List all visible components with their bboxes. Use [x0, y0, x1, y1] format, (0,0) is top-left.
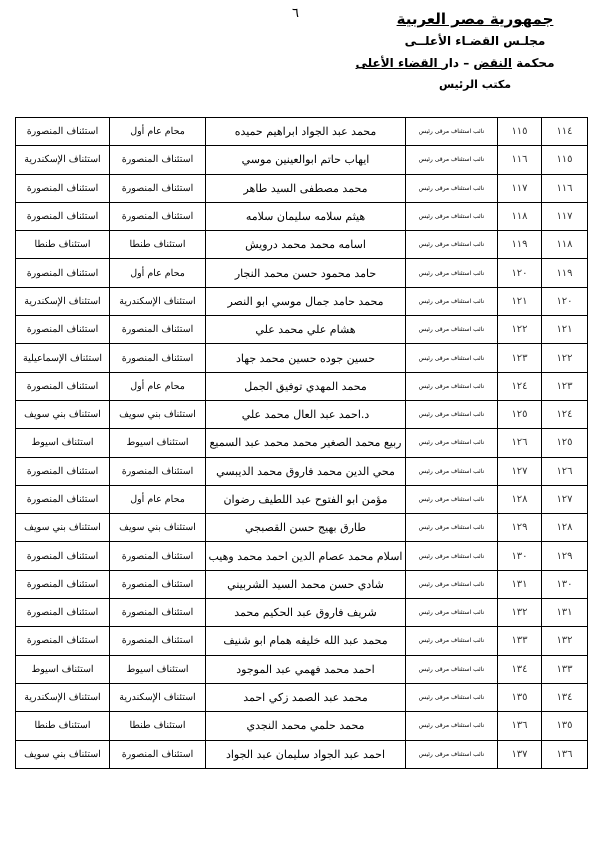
table-row: ١٢٨١٢٩نائب استئناف مرقى رئيسطارق بهيج حس… [16, 514, 588, 542]
cell-seq: ١٣٠ [542, 570, 588, 598]
cell-court: استئناف المنصورة [16, 542, 110, 570]
cell-grade: نائب استئناف مرقى رئيس [406, 740, 498, 768]
cell-num: ١٢٣ [498, 344, 542, 372]
table-row: ١١٩١٢٠نائب استئناف مرقى رئيسحامد محمود ح… [16, 259, 588, 287]
cell-name: حسين جوده حسين محمد جهاد [206, 344, 406, 372]
cell-seq: ١١٥ [542, 146, 588, 174]
cell-court: استئناف اسيوط [16, 655, 110, 683]
header-country: جمهورية مصر العربية [385, 8, 565, 30]
cell-num: ١٣٢ [498, 599, 542, 627]
cell-name: ربيع محمد الصغير محمد محمد عبد السميع [206, 429, 406, 457]
cell-job: محام عام أول [110, 118, 206, 146]
cell-grade: نائب استئناف مرقى رئيس [406, 599, 498, 627]
cell-seq: ١٢٠ [542, 287, 588, 315]
header-council: مجلـس القضـاء الأعلــى [385, 30, 565, 52]
cell-court: استئناف الإسكندرية [16, 683, 110, 711]
cell-name: شادي حسن محمد السيد الشربيني [206, 570, 406, 598]
cell-job: استئناف المنصورة [110, 146, 206, 174]
cell-court: استئناف بني سويف [16, 514, 110, 542]
cell-grade: نائب استئناف مرقى رئيس [406, 118, 498, 146]
cell-seq: ١١٨ [542, 231, 588, 259]
table-row: ١٢٧١٢٨نائب استئناف مرقى رئيسمؤمن ابو الف… [16, 485, 588, 513]
cell-num: ١٢٠ [498, 259, 542, 287]
cell-num: ١١٧ [498, 174, 542, 202]
table-row: ١٣٠١٣١نائب استئناف مرقى رئيسشادي حسن محم… [16, 570, 588, 598]
table-row: ١٣٤١٣٥نائب استئناف مرقى رئيسمحمد عبد الص… [16, 683, 588, 711]
cell-num: ١٢٦ [498, 429, 542, 457]
cell-job: محام عام أول [110, 485, 206, 513]
cell-num: ١٣٥ [498, 683, 542, 711]
cell-seq: ١٢٨ [542, 514, 588, 542]
cell-num: ١٢٩ [498, 514, 542, 542]
cell-job: استئناف المنصورة [110, 202, 206, 230]
cell-job: استئناف المنصورة [110, 570, 206, 598]
cell-num: ١١٥ [498, 118, 542, 146]
header-court: محكمة النقض – دار القضاء الأعلى [345, 52, 565, 74]
cell-job: استئناف المنصورة [110, 174, 206, 202]
cell-seq: ١٢٦ [542, 457, 588, 485]
cell-job: استئناف اسيوط [110, 429, 206, 457]
cell-court: استئناف طنطا [16, 231, 110, 259]
table-row: ١٢٤١٢٥نائب استئناف مرقى رئيسد.احمد عبد ا… [16, 400, 588, 428]
cell-court: استئناف المنصورة [16, 485, 110, 513]
cell-court: استئناف بني سويف [16, 740, 110, 768]
cell-job: استئناف بني سويف [110, 514, 206, 542]
cell-grade: نائب استئناف مرقى رئيس [406, 542, 498, 570]
cell-job: استئناف المنصورة [110, 457, 206, 485]
header-court-dar: القضاء الأعلى [355, 56, 441, 70]
table-row: ١٣٣١٣٤نائب استئناف مرقى رئيساحمد محمد فه… [16, 655, 588, 683]
cell-num: ١٢٨ [498, 485, 542, 513]
cell-job: استئناف المنصورة [110, 740, 206, 768]
cell-num: ١٣٦ [498, 712, 542, 740]
cell-num: ١١٨ [498, 202, 542, 230]
cell-name: د.احمد عبد العال محمد علي [206, 400, 406, 428]
cell-court: استئناف المنصورة [16, 627, 110, 655]
cell-name: اسلام محمد عصام الدين احمد محمد وهيب [206, 542, 406, 570]
cell-seq: ١٣٤ [542, 683, 588, 711]
cell-grade: نائب استئناف مرقى رئيس [406, 457, 498, 485]
cell-seq: ١١٦ [542, 174, 588, 202]
cell-name: محمد مصطفى السيد طاهر [206, 174, 406, 202]
cell-court: استئناف المنصورة [16, 202, 110, 230]
cell-court: استئناف المنصورة [16, 259, 110, 287]
cell-grade: نائب استئناف مرقى رئيس [406, 514, 498, 542]
cell-seq: ١٣٥ [542, 712, 588, 740]
cell-num: ١٢١ [498, 287, 542, 315]
cell-job: استئناف المنصورة [110, 542, 206, 570]
cell-court: استئناف بني سويف [16, 400, 110, 428]
table-row: ١٢١١٢٢نائب استئناف مرقى رئيسهشام علي محم… [16, 316, 588, 344]
cell-seq: ١٣٢ [542, 627, 588, 655]
cell-grade: نائب استئناف مرقى رئيس [406, 712, 498, 740]
cell-name: محمد حلمي محمد النجدي [206, 712, 406, 740]
cell-seq: ١٣١ [542, 599, 588, 627]
cell-grade: نائب استئناف مرقى رئيس [406, 570, 498, 598]
cell-job: استئناف طنطا [110, 712, 206, 740]
cell-seq: ١١٩ [542, 259, 588, 287]
cell-grade: نائب استئناف مرقى رئيس [406, 174, 498, 202]
page-number: ٦ [292, 6, 299, 21]
cell-grade: نائب استئناف مرقى رئيس [406, 429, 498, 457]
cell-job: استئناف المنصورة [110, 627, 206, 655]
cell-job: استئناف بني سويف [110, 400, 206, 428]
table-row: ١١٧١١٨نائب استئناف مرقى رئيسهيثم سلامه س… [16, 202, 588, 230]
cell-court: استئناف اسيوط [16, 429, 110, 457]
cell-grade: نائب استئناف مرقى رئيس [406, 372, 498, 400]
cell-seq: ١٢٩ [542, 542, 588, 570]
cell-court: استئناف المنصورة [16, 174, 110, 202]
cell-num: ١٢٥ [498, 400, 542, 428]
cell-seq: ١٢٢ [542, 344, 588, 372]
header-court-naqd: النقض [473, 56, 512, 70]
cell-seq: ١١٧ [542, 202, 588, 230]
cell-name: شريف فاروق عبد الحكيم محمد [206, 599, 406, 627]
cell-name: هشام علي محمد علي [206, 316, 406, 344]
cell-seq: ١٣٣ [542, 655, 588, 683]
cell-name: محمد عبد الصمد زكي احمد [206, 683, 406, 711]
cell-name: طارق بهيج حسن القصبجي [206, 514, 406, 542]
cell-court: استئناف المنصورة [16, 118, 110, 146]
cell-name: محمد حامد جمال موسي ابو النصر [206, 287, 406, 315]
cell-court: استئناف الإسكندرية [16, 287, 110, 315]
cell-job: محام عام أول [110, 372, 206, 400]
cell-seq: ١٢٣ [542, 372, 588, 400]
cell-name: اسامه محمد محمد درويش [206, 231, 406, 259]
cell-grade: نائب استئناف مرقى رئيس [406, 400, 498, 428]
table-row: ١٢٣١٢٤نائب استئناف مرقى رئيسمحمد المهدي … [16, 372, 588, 400]
cell-name: احمد عبد الجواد سليمان عبد الجواد [206, 740, 406, 768]
cell-name: محمد عبد الله خليفه همام ابو شنيف [206, 627, 406, 655]
cell-num: ١٣٧ [498, 740, 542, 768]
cell-court: استئناف المنصورة [16, 599, 110, 627]
cell-court: استئناف المنصورة [16, 457, 110, 485]
cell-grade: نائب استئناف مرقى رئيس [406, 655, 498, 683]
cell-grade: نائب استئناف مرقى رئيس [406, 146, 498, 174]
cell-num: ١٢٤ [498, 372, 542, 400]
cell-seq: ١٢٧ [542, 485, 588, 513]
cell-court: استئناف المنصورة [16, 570, 110, 598]
cell-job: استئناف المنصورة [110, 599, 206, 627]
table-row: ١١٨١١٩نائب استئناف مرقى رئيساسامه محمد م… [16, 231, 588, 259]
table-row: ١١٤١١٥نائب استئناف مرقى رئيسمحمد عبد الج… [16, 118, 588, 146]
table-row: ١٣٦١٣٧نائب استئناف مرقى رئيساحمد عبد الج… [16, 740, 588, 768]
cell-num: ١١٦ [498, 146, 542, 174]
cell-job: استئناف الإسكندرية [110, 287, 206, 315]
cell-court: استئناف الإسماعيلية [16, 344, 110, 372]
cell-grade: نائب استئناف مرقى رئيس [406, 231, 498, 259]
cell-court: استئناف طنطا [16, 712, 110, 740]
cell-grade: نائب استئناف مرقى رئيس [406, 202, 498, 230]
table-row: ١٢٢١٢٣نائب استئناف مرقى رئيسحسين جوده حس… [16, 344, 588, 372]
table-row: ١١٦١١٧نائب استئناف مرقى رئيسمحمد مصطفى ا… [16, 174, 588, 202]
judges-table: ١١٤١١٥نائب استئناف مرقى رئيسمحمد عبد الج… [15, 117, 588, 769]
cell-num: ١٣٤ [498, 655, 542, 683]
cell-seq: ١١٤ [542, 118, 588, 146]
table-row: ١٣٥١٣٦نائب استئناف مرقى رئيسمحمد حلمي مح… [16, 712, 588, 740]
header-court-part1: محكمة [512, 56, 555, 70]
header-court-part2: – دار [442, 56, 474, 70]
cell-job: استئناف طنطا [110, 231, 206, 259]
cell-name: محمد عبد الجواد ابراهيم حميده [206, 118, 406, 146]
cell-num: ١٣١ [498, 570, 542, 598]
cell-grade: نائب استئناف مرقى رئيس [406, 259, 498, 287]
cell-num: ١١٩ [498, 231, 542, 259]
cell-name: ايهاب حاتم ابوالعينين موسي [206, 146, 406, 174]
cell-name: محي الدين محمد فاروق محمد الديبسي [206, 457, 406, 485]
cell-grade: نائب استئناف مرقى رئيس [406, 627, 498, 655]
cell-seq: ١٢١ [542, 316, 588, 344]
cell-grade: نائب استئناف مرقى رئيس [406, 287, 498, 315]
cell-court: استئناف المنصورة [16, 316, 110, 344]
cell-court: استئناف الإسكندرية [16, 146, 110, 174]
cell-name: مؤمن ابو الفتوح عبد اللطيف رضوان [206, 485, 406, 513]
cell-name: هيثم سلامه سليمان سلامه [206, 202, 406, 230]
cell-job: استئناف المنصورة [110, 316, 206, 344]
cell-seq: ١٣٦ [542, 740, 588, 768]
cell-num: ١٢٢ [498, 316, 542, 344]
table-row: ١١٥١١٦نائب استئناف مرقى رئيسايهاب حاتم ا… [16, 146, 588, 174]
table-row: ١٣٢١٣٣نائب استئناف مرقى رئيسمحمد عبد الل… [16, 627, 588, 655]
table-row: ١٢٠١٢١نائب استئناف مرقى رئيسمحمد حامد جم… [16, 287, 588, 315]
cell-job: استئناف اسيوط [110, 655, 206, 683]
cell-seq: ١٢٥ [542, 429, 588, 457]
cell-name: احمد محمد فهمي عبد الموجود [206, 655, 406, 683]
cell-name: حامد محمود حسن محمد النجار [206, 259, 406, 287]
table-row: ١٢٩١٣٠نائب استئناف مرقى رئيساسلام محمد ع… [16, 542, 588, 570]
cell-job: استئناف الإسكندرية [110, 683, 206, 711]
judges-table-body: ١١٤١١٥نائب استئناف مرقى رئيسمحمد عبد الج… [16, 118, 588, 769]
cell-court: استئناف المنصورة [16, 372, 110, 400]
header-office: مكتب الرئيس [385, 74, 565, 96]
cell-grade: نائب استئناف مرقى رئيس [406, 683, 498, 711]
table-row: ١٢٦١٢٧نائب استئناف مرقى رئيسمحي الدين مح… [16, 457, 588, 485]
cell-seq: ١٢٤ [542, 400, 588, 428]
table-row: ١٢٥١٢٦نائب استئناف مرقى رئيسربيع محمد ال… [16, 429, 588, 457]
cell-grade: نائب استئناف مرقى رئيس [406, 485, 498, 513]
cell-grade: نائب استئناف مرقى رئيس [406, 344, 498, 372]
document-header: جمهورية مصر العربية مجلـس القضـاء الأعلـ… [345, 8, 565, 96]
cell-job: محام عام أول [110, 259, 206, 287]
cell-num: ١٣٠ [498, 542, 542, 570]
cell-grade: نائب استئناف مرقى رئيس [406, 316, 498, 344]
cell-name: محمد المهدي توفيق الجمل [206, 372, 406, 400]
cell-num: ١٢٧ [498, 457, 542, 485]
table-row: ١٣١١٣٢نائب استئناف مرقى رئيسشريف فاروق ع… [16, 599, 588, 627]
cell-num: ١٣٣ [498, 627, 542, 655]
cell-job: استئناف المنصورة [110, 344, 206, 372]
